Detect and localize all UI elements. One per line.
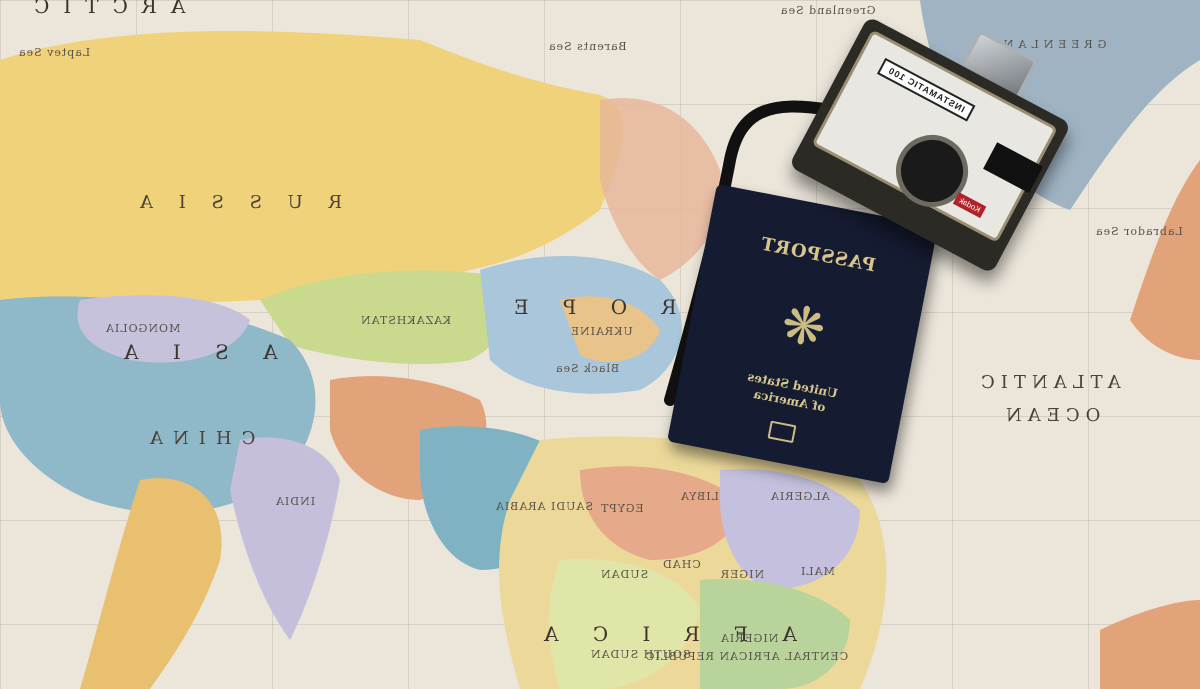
photo-scene: ARCTIC R U S S I A A S I A MONGOLIA KAZA… xyxy=(0,0,1200,689)
map-label-central-african-republic: CENTRAL AFRICAN REPUBLIC xyxy=(645,650,848,663)
map-label-mongolia: MONGOLIA xyxy=(105,322,180,335)
map-label-egypt: EGYPT xyxy=(600,502,644,515)
map-label-kazakhstan: KAZAKHSTAN xyxy=(360,314,451,327)
map-label-barents-sea: Barents Sea xyxy=(548,40,627,53)
map-label-black-sea: Black Sea xyxy=(555,362,619,375)
map-label-arctic: ARCTIC xyxy=(20,0,185,18)
map-label-asia: A S I A xyxy=(110,340,278,364)
map-label-laptev-sea: Laptev Sea xyxy=(18,46,90,59)
map-label-greenland-sea: Greenland Sea xyxy=(780,4,875,17)
map-label-algeria: ALGERIA xyxy=(770,490,830,503)
map-label-nigeria: NIGERIA xyxy=(720,632,778,645)
camera-brand-badge: Kodak xyxy=(953,192,986,218)
map-label-ukraine: UKRAINE xyxy=(570,325,633,338)
passport-country: United States of America xyxy=(678,356,905,430)
map-label-chad: CHAD xyxy=(662,558,701,571)
map-label-ocean: OCEAN xyxy=(1000,405,1100,426)
map-label-sudan: SUDAN xyxy=(600,568,648,581)
map-label-libya: LIBYA xyxy=(680,490,719,503)
map-label-china: CHINA xyxy=(140,428,255,449)
passport-title: PASSPORT xyxy=(705,223,930,287)
biometric-chip-icon xyxy=(767,421,796,444)
map-label-atlantic: ATLANTIC xyxy=(975,372,1121,393)
map-label-saudi-arabia: SAUDI ARABIA xyxy=(495,500,593,513)
map-label-labrador-sea: Labrador Sea xyxy=(1095,225,1183,238)
map-label-mali: MALI xyxy=(800,565,835,578)
map-label-niger: NIGER xyxy=(720,568,764,581)
map-label-russia: R U S S I A xyxy=(130,192,342,213)
eagle-seal-icon: ❋ xyxy=(757,284,849,370)
map-label-india: INDIA xyxy=(275,495,315,508)
